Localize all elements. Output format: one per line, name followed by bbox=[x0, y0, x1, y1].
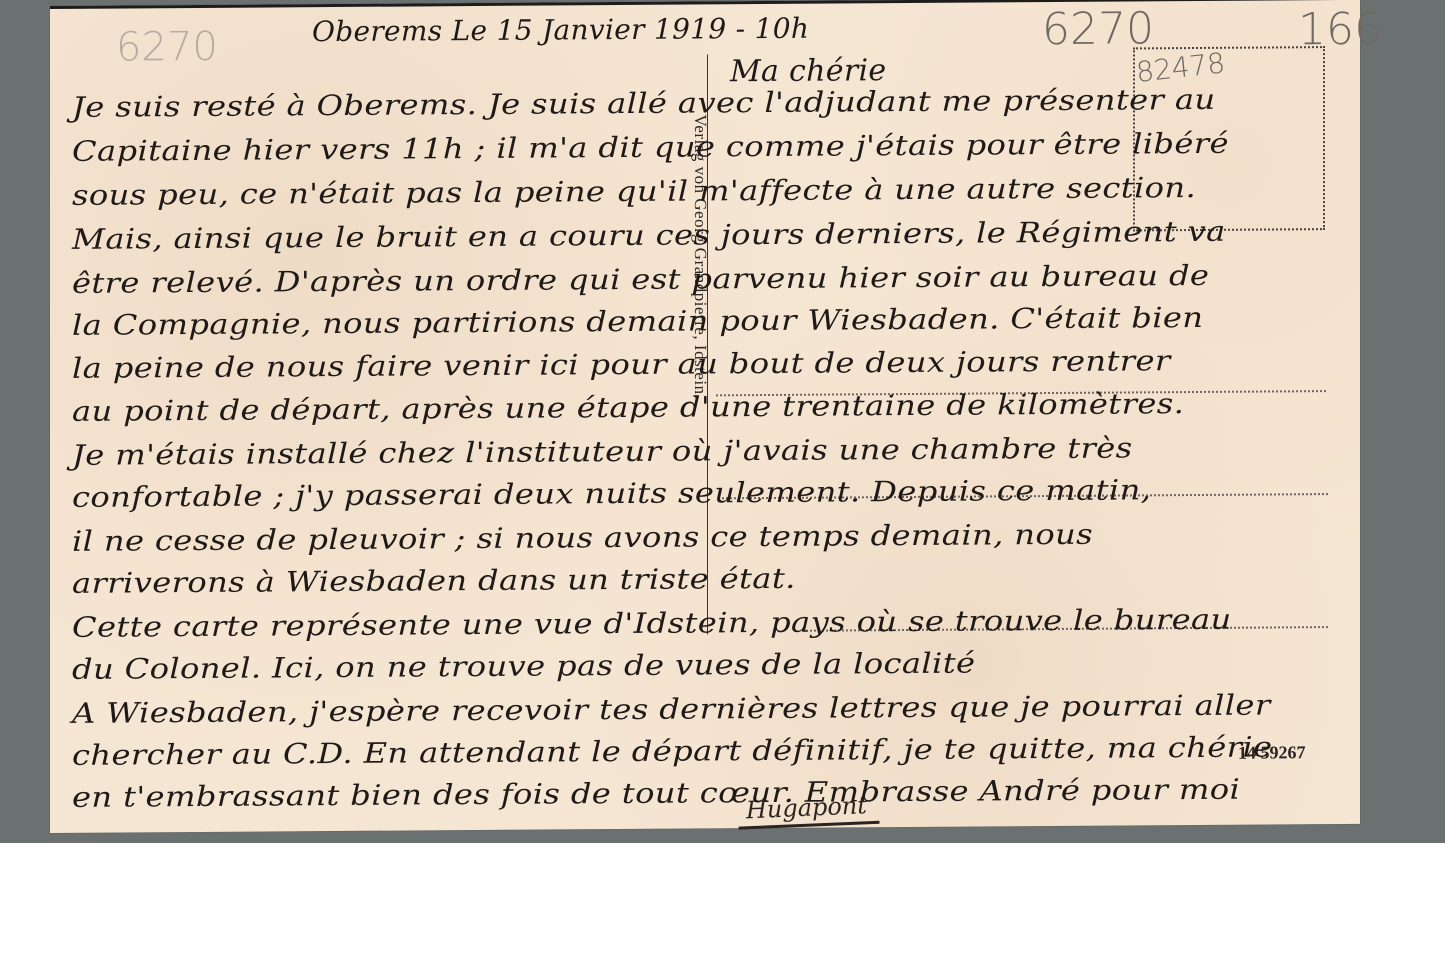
postcard: 6270 6270 166 82478 Verlag von Georg Gra… bbox=[50, 0, 1360, 833]
letter-line-3: sous peu, ce n'était pas la peine qu'il … bbox=[72, 171, 1196, 212]
letter-line-1: Je suis resté à Oberems. Je suis allé av… bbox=[72, 83, 1215, 124]
signature: Hugapont bbox=[737, 791, 879, 830]
letter-line-6: la Compagnie, nous partirions demain pou… bbox=[72, 301, 1203, 342]
letter-line-17: en t'embrassant bien des fois de tout cœ… bbox=[72, 773, 1240, 814]
letter-line-4: Mais, ainsi que le bruit en a couru ces … bbox=[72, 215, 1226, 256]
letter-line-10: confortable ; j'y passerai deux nuits se… bbox=[72, 473, 1151, 514]
pencil-note-top-left: 6270 bbox=[116, 24, 218, 71]
letter-line-9: Je m'étais installé chez l'instituteur o… bbox=[72, 431, 1133, 471]
letter-line-13: Cette carte représente une vue d'Idstein… bbox=[72, 603, 1232, 644]
place-date: Oberems Le 15 Janvier 1919 - 10h bbox=[312, 12, 809, 48]
letter-line-11: il ne cesse de pleuvoir ; si nous avons … bbox=[72, 518, 1093, 558]
letter-line-2: Capitaine hier vers 11h ; il m'a dit que… bbox=[72, 127, 1229, 168]
letter-line-16: chercher au C.D. En attendant le départ … bbox=[72, 730, 1272, 771]
letter-line-12: arriverons à Wiesbaden dans un triste ét… bbox=[72, 562, 796, 600]
letter-line-5: être relevé. D'après un ordre qui est pa… bbox=[72, 259, 1209, 300]
salutation: Ma chérie bbox=[730, 53, 886, 89]
letter-line-14: du Colonel. Ici, on ne trouve pas de vue… bbox=[72, 647, 975, 686]
letter-line-8: au point de départ, après une étape d'un… bbox=[72, 387, 1184, 428]
letter-line-15: A Wiesbaden, j'espère recevoir tes derni… bbox=[72, 688, 1271, 729]
letter-line-7: la peine de nous faire venir ici pour au… bbox=[72, 344, 1171, 385]
